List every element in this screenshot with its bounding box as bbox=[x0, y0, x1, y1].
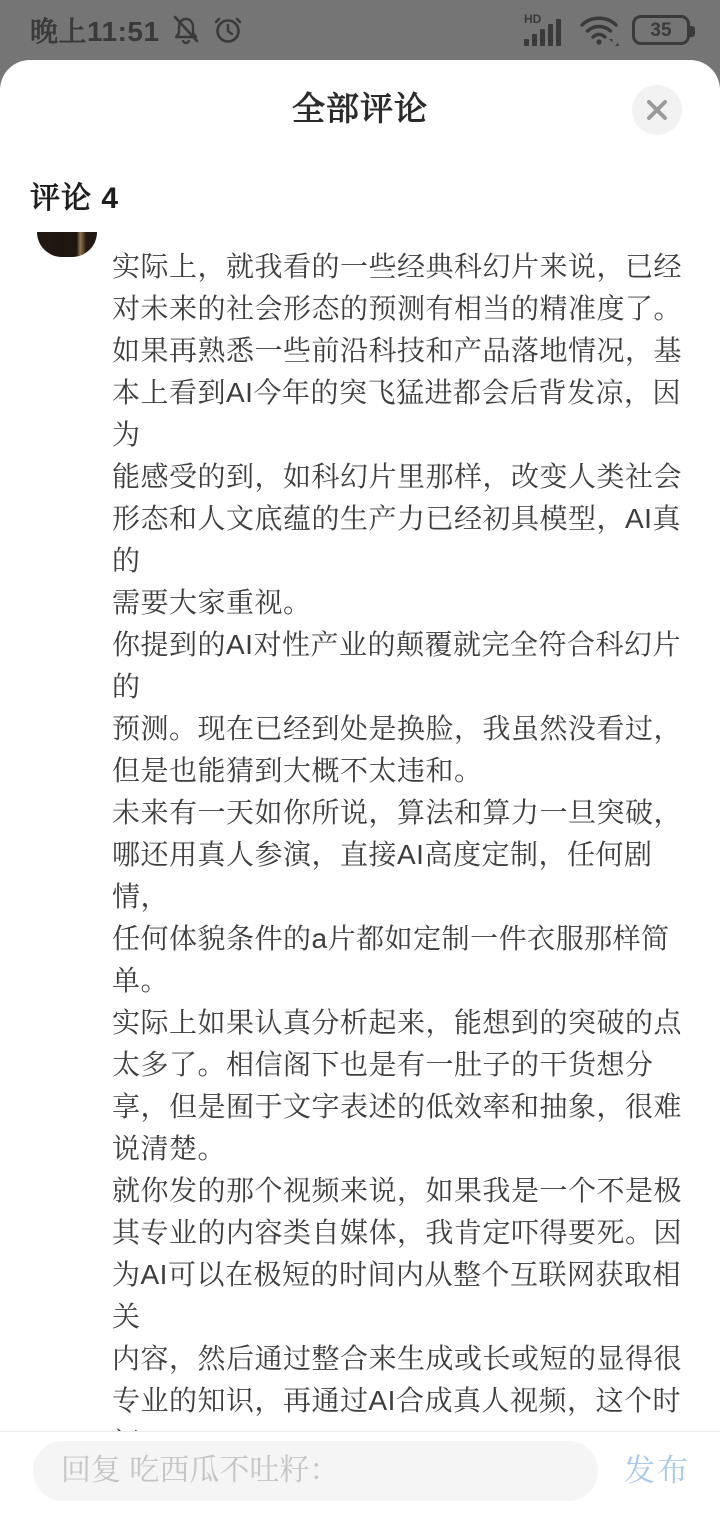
sheet-header: 全部评论 bbox=[0, 60, 720, 152]
status-bar-right: HD 35 bbox=[516, 11, 690, 49]
mute-vibrate-icon bbox=[170, 14, 202, 46]
status-bar: 晚上11:51 HD bbox=[0, 0, 720, 60]
reply-pill[interactable] bbox=[33, 1441, 598, 1501]
status-time: 晚上11:51 bbox=[30, 10, 160, 50]
reply-bar: 发布 bbox=[0, 1431, 720, 1535]
battery-nub bbox=[690, 26, 695, 37]
reply-input[interactable] bbox=[33, 1454, 598, 1488]
sheet-title: 全部评论 bbox=[292, 83, 428, 130]
battery-icon: 35 bbox=[632, 15, 690, 45]
publish-button[interactable]: 发布 bbox=[624, 1441, 690, 1501]
close-icon bbox=[644, 97, 670, 123]
avatar[interactable] bbox=[37, 232, 97, 257]
svg-text:HD: HD bbox=[524, 12, 542, 26]
comment-text: 实际上，就我看的一些经典科幻片来说，已经 对未来的社会形态的预测有相当的精准度了… bbox=[112, 246, 698, 1436]
close-button[interactable] bbox=[632, 85, 682, 135]
cell-signal-icon: HD bbox=[516, 11, 568, 49]
comments-count-label: 评论 4 bbox=[30, 173, 119, 217]
wifi-icon bbox=[578, 12, 622, 48]
screen: 晚上11:51 HD bbox=[0, 0, 720, 1535]
alarm-clock-icon bbox=[212, 14, 244, 46]
status-bar-left: 晚上11:51 bbox=[30, 10, 244, 50]
battery-percent: 35 bbox=[650, 21, 671, 40]
comments-sheet: 全部评论 评论 4 实际上，就我看的一些经典科幻片来说，已经 对未来的社会形态的… bbox=[0, 60, 720, 1535]
